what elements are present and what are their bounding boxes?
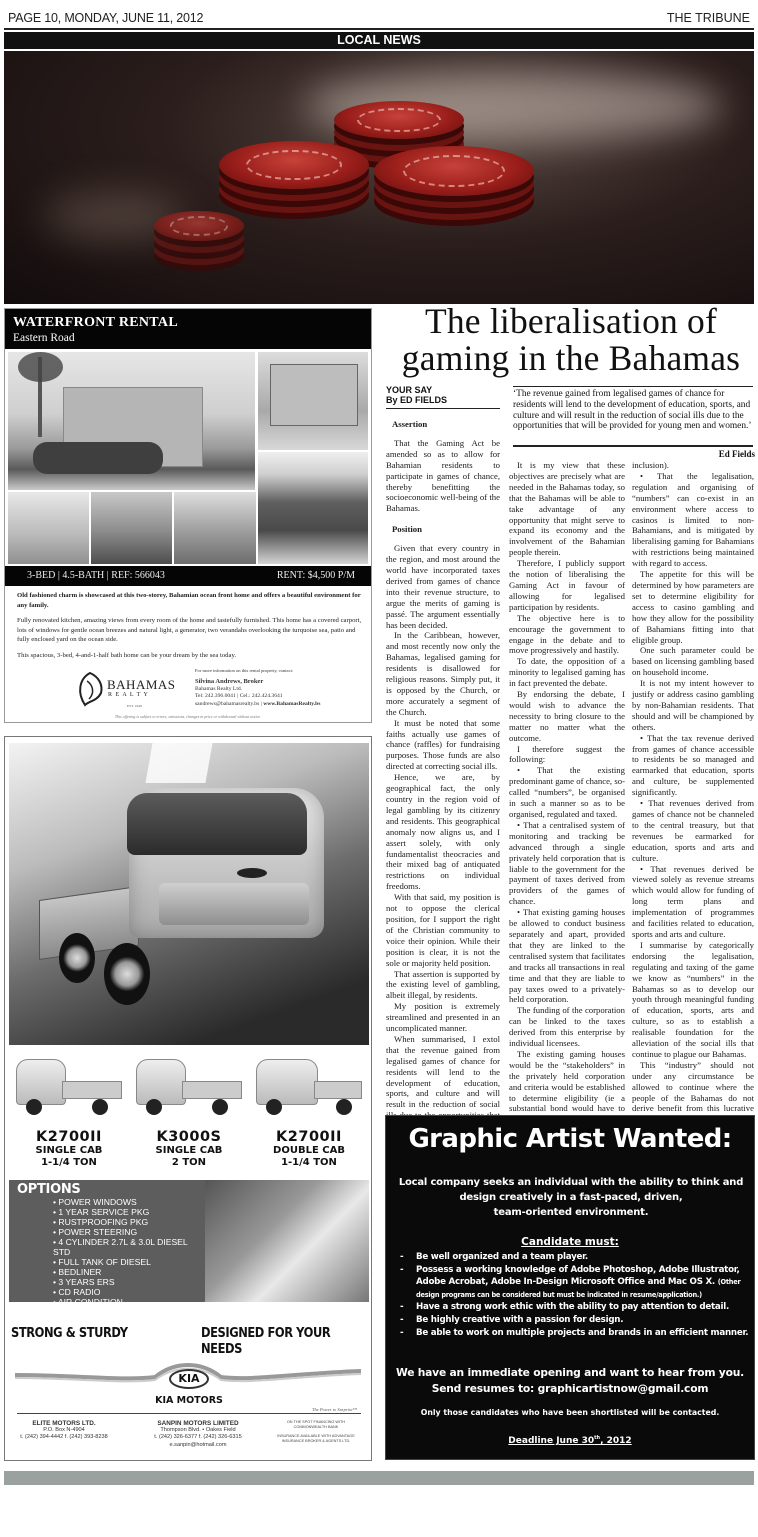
paragraph: Therefore, I publicly support the notion… (509, 558, 625, 613)
byline: By ED FIELDS (386, 396, 500, 406)
kia-logo: KIA (169, 1369, 209, 1389)
broker-contact: For more information on this rental prop… (195, 667, 365, 709)
deadline-year: , 2012 (600, 1436, 632, 1446)
ad-disclaimer: This offering is subject to errors, omis… (5, 714, 371, 719)
house-rear-photo (257, 351, 369, 451)
truck-thumbnail (134, 1053, 244, 1121)
paragraph: With that said, my position is not to op… (386, 892, 500, 968)
article-column-2: It is my view that these objectives are … (509, 460, 625, 1147)
option-item: POWER WINDOWS (53, 1197, 197, 1207)
model-cab: SINGLE CAB (9, 1145, 129, 1157)
intro-line: team-oriented environment. (396, 1205, 746, 1220)
logo-sub: R E A L T Y (108, 692, 149, 698)
logo-name: BAHAMAS (107, 677, 176, 693)
requirements-list: Be well organized and a team player. Pos… (398, 1251, 750, 1339)
paragraph: It is not my intent however to justify o… (632, 678, 754, 733)
requirement-item: Be well organized and a team player. (398, 1251, 750, 1264)
paragraph: By endorsing the debate, I would wish to… (509, 689, 625, 744)
broker-company: Bahamas Realty Ltd. (195, 686, 365, 694)
living-room-photo (173, 491, 257, 565)
requirement-item: Be able to work on multiple projects and… (398, 1327, 750, 1340)
paragraph: It is my view that these objectives are … (509, 460, 625, 558)
ocean-view-photo (257, 451, 369, 565)
slogan-left: STRONG & STURDY (11, 1325, 128, 1341)
kia-brand: KIA MOTORS (5, 1395, 373, 1406)
ad-body: Fully renovated kitchen, amazing views f… (17, 616, 365, 645)
financing-text: ON THE SPOT FINANCING WITH COMMONWEALTH … (271, 1420, 361, 1430)
model-k3000s: K3000S SINGLE CAB 2 TON (129, 1047, 249, 1169)
option-item: 1 YEAR SERVICE PKG (53, 1207, 197, 1217)
requirements-title: Candidate must: (386, 1236, 754, 1248)
model-cab: DOUBLE CAB (249, 1145, 369, 1157)
option-item: 4 CYLINDER 2.7L & 3.0L DIESEL STD (53, 1237, 197, 1257)
contact-intro: For more information on this rental prop… (195, 667, 365, 675)
logo-est: EST. 1949 (127, 704, 142, 708)
deadline-text: Deadline June 30 (508, 1436, 594, 1446)
ad-location: Eastern Road (13, 332, 363, 344)
casino-chips-photo (4, 51, 754, 304)
model-name: K2700II (249, 1129, 369, 1145)
options-panel: OPTIONS POWER WINDOWS 1 YEAR SERVICE PKG… (9, 1180, 205, 1302)
paragraph: To date, the opposition of a minority to… (509, 656, 625, 689)
footer-bar (4, 1471, 754, 1485)
paragraph: It must be noted that some faiths actual… (386, 718, 500, 773)
dealer-elite: ELITE MOTORS LTD. P.O. Box N-4904 t. (24… (9, 1420, 119, 1442)
section-banner: LOCAL NEWS (4, 32, 754, 49)
kitchen-photo (7, 491, 90, 565)
article-headline: The liberalisation of gaming in the Baha… (386, 303, 756, 377)
dealer-address: P.O. Box N-4904 (9, 1427, 119, 1434)
opening-text: We have an immediate opening and want to… (386, 1365, 754, 1381)
model-tonnage: 2 TON (129, 1157, 249, 1169)
pullquote-rule-bottom (513, 445, 753, 447)
article-column-3: inclusion). • That the legalisation, reg… (632, 460, 754, 1125)
paragraph: In the Caribbean, however, and most rece… (386, 630, 500, 717)
intro-line: Local company seeks an individual with t… (396, 1175, 746, 1190)
ad-closing: This spacious, 3-bed, 4-and-1-half bath … (17, 651, 365, 661)
dealer-email[interactable]: e.sanpin@hotmail.com (133, 1442, 263, 1449)
kia-motors-ad: K2700II SINGLE CAB 1-1/4 TON K3000S SING… (4, 736, 372, 1461)
dealer-phones: t. (242) 394-4442 f. (242) 393-8238 (9, 1434, 119, 1441)
paragraph: I summarise by categorically endorsing t… (632, 940, 754, 1060)
job-call-to-action: We have an immediate opening and want to… (386, 1365, 754, 1397)
option-item: FULL TANK OF DIESEL (53, 1257, 197, 1267)
paragraph: One such parameter could be based on lic… (632, 645, 754, 678)
bullet-paragraph: • That revenues derived be viewed solely… (632, 864, 754, 940)
model-lineup: K2700II SINGLE CAB 1-1/4 TON K3000S SING… (9, 1047, 369, 1179)
broker-phones: Tel: 242.396.0041 | Cel.: 242.424.3641 (195, 693, 365, 701)
option-item: RUSTPROOFING PKG (53, 1217, 197, 1227)
paragraph: Given that every country in the region, … (386, 543, 500, 630)
ad-header: WATERFRONT RENTAL Eastern Road (5, 309, 371, 349)
options-title: OPTIONS (17, 1182, 197, 1197)
pullquote-attribution: Ed Fields (690, 449, 755, 459)
paragraph: inclusion). (632, 460, 754, 471)
dealer-sanpin: SANPIN MOTORS LIMITED Thompson Blvd. • O… (133, 1420, 263, 1449)
option-item: BEDLINER (53, 1267, 197, 1277)
slogan-right: DESIGNED FOR YOUR NEEDS (201, 1325, 346, 1357)
option-item: CD RADIO (53, 1287, 197, 1297)
deadline: Deadline June 30th, 2012 (386, 1435, 754, 1446)
truck-thumbnail (254, 1053, 364, 1121)
broker-email[interactable]: sandrews@bahamasrealty.bs (195, 701, 259, 707)
job-title: Graphic Artist Wanted: (386, 1124, 754, 1154)
kia-truck-photo (9, 743, 369, 1045)
truck-bed-photo (205, 1180, 369, 1302)
article-column-1: Assertion That the Gaming Act be amended… (386, 412, 500, 1143)
option-item: 3 YEARS ERS (53, 1277, 197, 1287)
model-k2700-single: K2700II SINGLE CAB 1-1/4 TON (9, 1047, 129, 1169)
newspaper-name: THE TRIBUNE (667, 11, 750, 25)
subhead-position: Position (386, 524, 500, 535)
send-resumes[interactable]: Send resumes to: graphicartistnow@gmail.… (386, 1381, 754, 1397)
broker-website[interactable]: www.BahamasRealty.bs (263, 701, 320, 707)
paragraph: That the Gaming Act be amended so as to … (386, 438, 500, 514)
paragraph: My position is extremely streamlined and… (386, 1001, 500, 1034)
graphic-artist-ad: Graphic Artist Wanted: Local company see… (385, 1115, 755, 1460)
job-intro: Local company seeks an individual with t… (396, 1175, 746, 1220)
shortlist-note: Only those candidates who have been shor… (386, 1408, 754, 1417)
pullquote-rule-top (513, 386, 753, 387)
ad-lead: Old fashioned charm is showcased at this… (17, 591, 365, 610)
specs-bar: 3-BED | 4.5-BATH | REF: 566043 RENT: $4,… (5, 566, 371, 586)
house-exterior-photo (7, 351, 256, 491)
paragraph: The funding of the corporation can be li… (509, 1005, 625, 1049)
dealer-phones: t. (242) 326-6377 f. (242) 326-6315 (133, 1434, 263, 1441)
header-rule (4, 28, 754, 30)
property-photos (7, 351, 369, 565)
bedroom-photo (90, 491, 173, 565)
model-k2700-double: K2700II DOUBLE CAB 1-1/4 TON (249, 1047, 369, 1169)
conch-shell-icon (75, 671, 105, 709)
page-folio: PAGE 10, MONDAY, JUNE 11, 2012 (8, 11, 203, 25)
option-item: AIR CONDITION (53, 1297, 197, 1307)
model-tonnage: 1-1/4 TON (9, 1157, 129, 1169)
real-estate-ad: WATERFRONT RENTAL Eastern Road 3-BED | 4… (4, 308, 372, 723)
model-name: K2700II (9, 1129, 129, 1145)
ad-title: WATERFRONT RENTAL (13, 315, 363, 331)
dealer-address: Thompson Blvd. • Oakes Field (133, 1427, 263, 1434)
kia-tagline: The Power to Surprise™ (312, 1407, 357, 1412)
broker-name: Silvina Andrews, Broker (195, 678, 365, 686)
model-tonnage: 1-1/4 TON (249, 1157, 369, 1169)
article-kicker-byline: YOUR SAY By ED FIELDS (386, 386, 500, 409)
truck-thumbnail (14, 1053, 124, 1121)
paragraph: The objective here is to encourage the g… (509, 613, 625, 657)
bullet-paragraph: • That revenues derived from games of ch… (632, 798, 754, 863)
requirement-text: Possess a working knowledge of Adobe Pho… (416, 1265, 740, 1288)
rent-price: RENT: $4,500 P/M (277, 566, 355, 586)
paragraph: That assertion is supported by the exist… (386, 969, 500, 1002)
option-item: POWER STEERING (53, 1227, 197, 1237)
property-specs: 3-BED | 4.5-BATH | REF: 566043 (27, 570, 165, 581)
pullquote: ‘The revenue gained from legalised games… (513, 389, 755, 432)
divider (17, 1413, 361, 1414)
bullet-paragraph: • That the tax revenue derived from game… (632, 733, 754, 798)
ad-description: Old fashioned charm is showcased at this… (17, 591, 365, 667)
dealer-name: ELITE MOTORS LTD. (9, 1420, 119, 1427)
financing-info: ON THE SPOT FINANCING WITH COMMONWEALTH … (271, 1420, 361, 1444)
paragraph: Hence, we are, by geographical fact, the… (386, 772, 500, 892)
bullet-paragraph: • That a centralised system of monitorin… (509, 820, 625, 907)
bullet-paragraph: • That the legalisation, regulation and … (632, 471, 754, 569)
requirement-item: Be highly creative with a passion for de… (398, 1314, 750, 1327)
options-list: POWER WINDOWS 1 YEAR SERVICE PKG RUSTPRO… (53, 1197, 197, 1307)
bahamas-realty-logo: BAHAMAS R E A L T Y EST. 1949 (75, 671, 185, 711)
paragraph: I therefore suggest the following: (509, 744, 625, 766)
model-cab: SINGLE CAB (129, 1145, 249, 1157)
insurance-text: INSURANCE AVAILABLE WITH ADVANTAGE INSUR… (271, 1434, 361, 1444)
requirement-item: Have a strong work ethic with the abilit… (398, 1301, 750, 1314)
dealer-name: SANPIN MOTORS LIMITED (133, 1420, 263, 1427)
bullet-paragraph: • That existing gaming houses be allowed… (509, 907, 625, 1005)
intro-line: design creatively in a fast-paced, drive… (396, 1190, 746, 1205)
bullet-paragraph: • That the existing predominant game of … (509, 765, 625, 820)
requirement-item: Possess a working knowledge of Adobe Pho… (398, 1264, 750, 1302)
model-name: K3000S (129, 1129, 249, 1145)
paragraph: The appetite for this will be determined… (632, 569, 754, 645)
subhead-assertion: Assertion (386, 419, 500, 430)
